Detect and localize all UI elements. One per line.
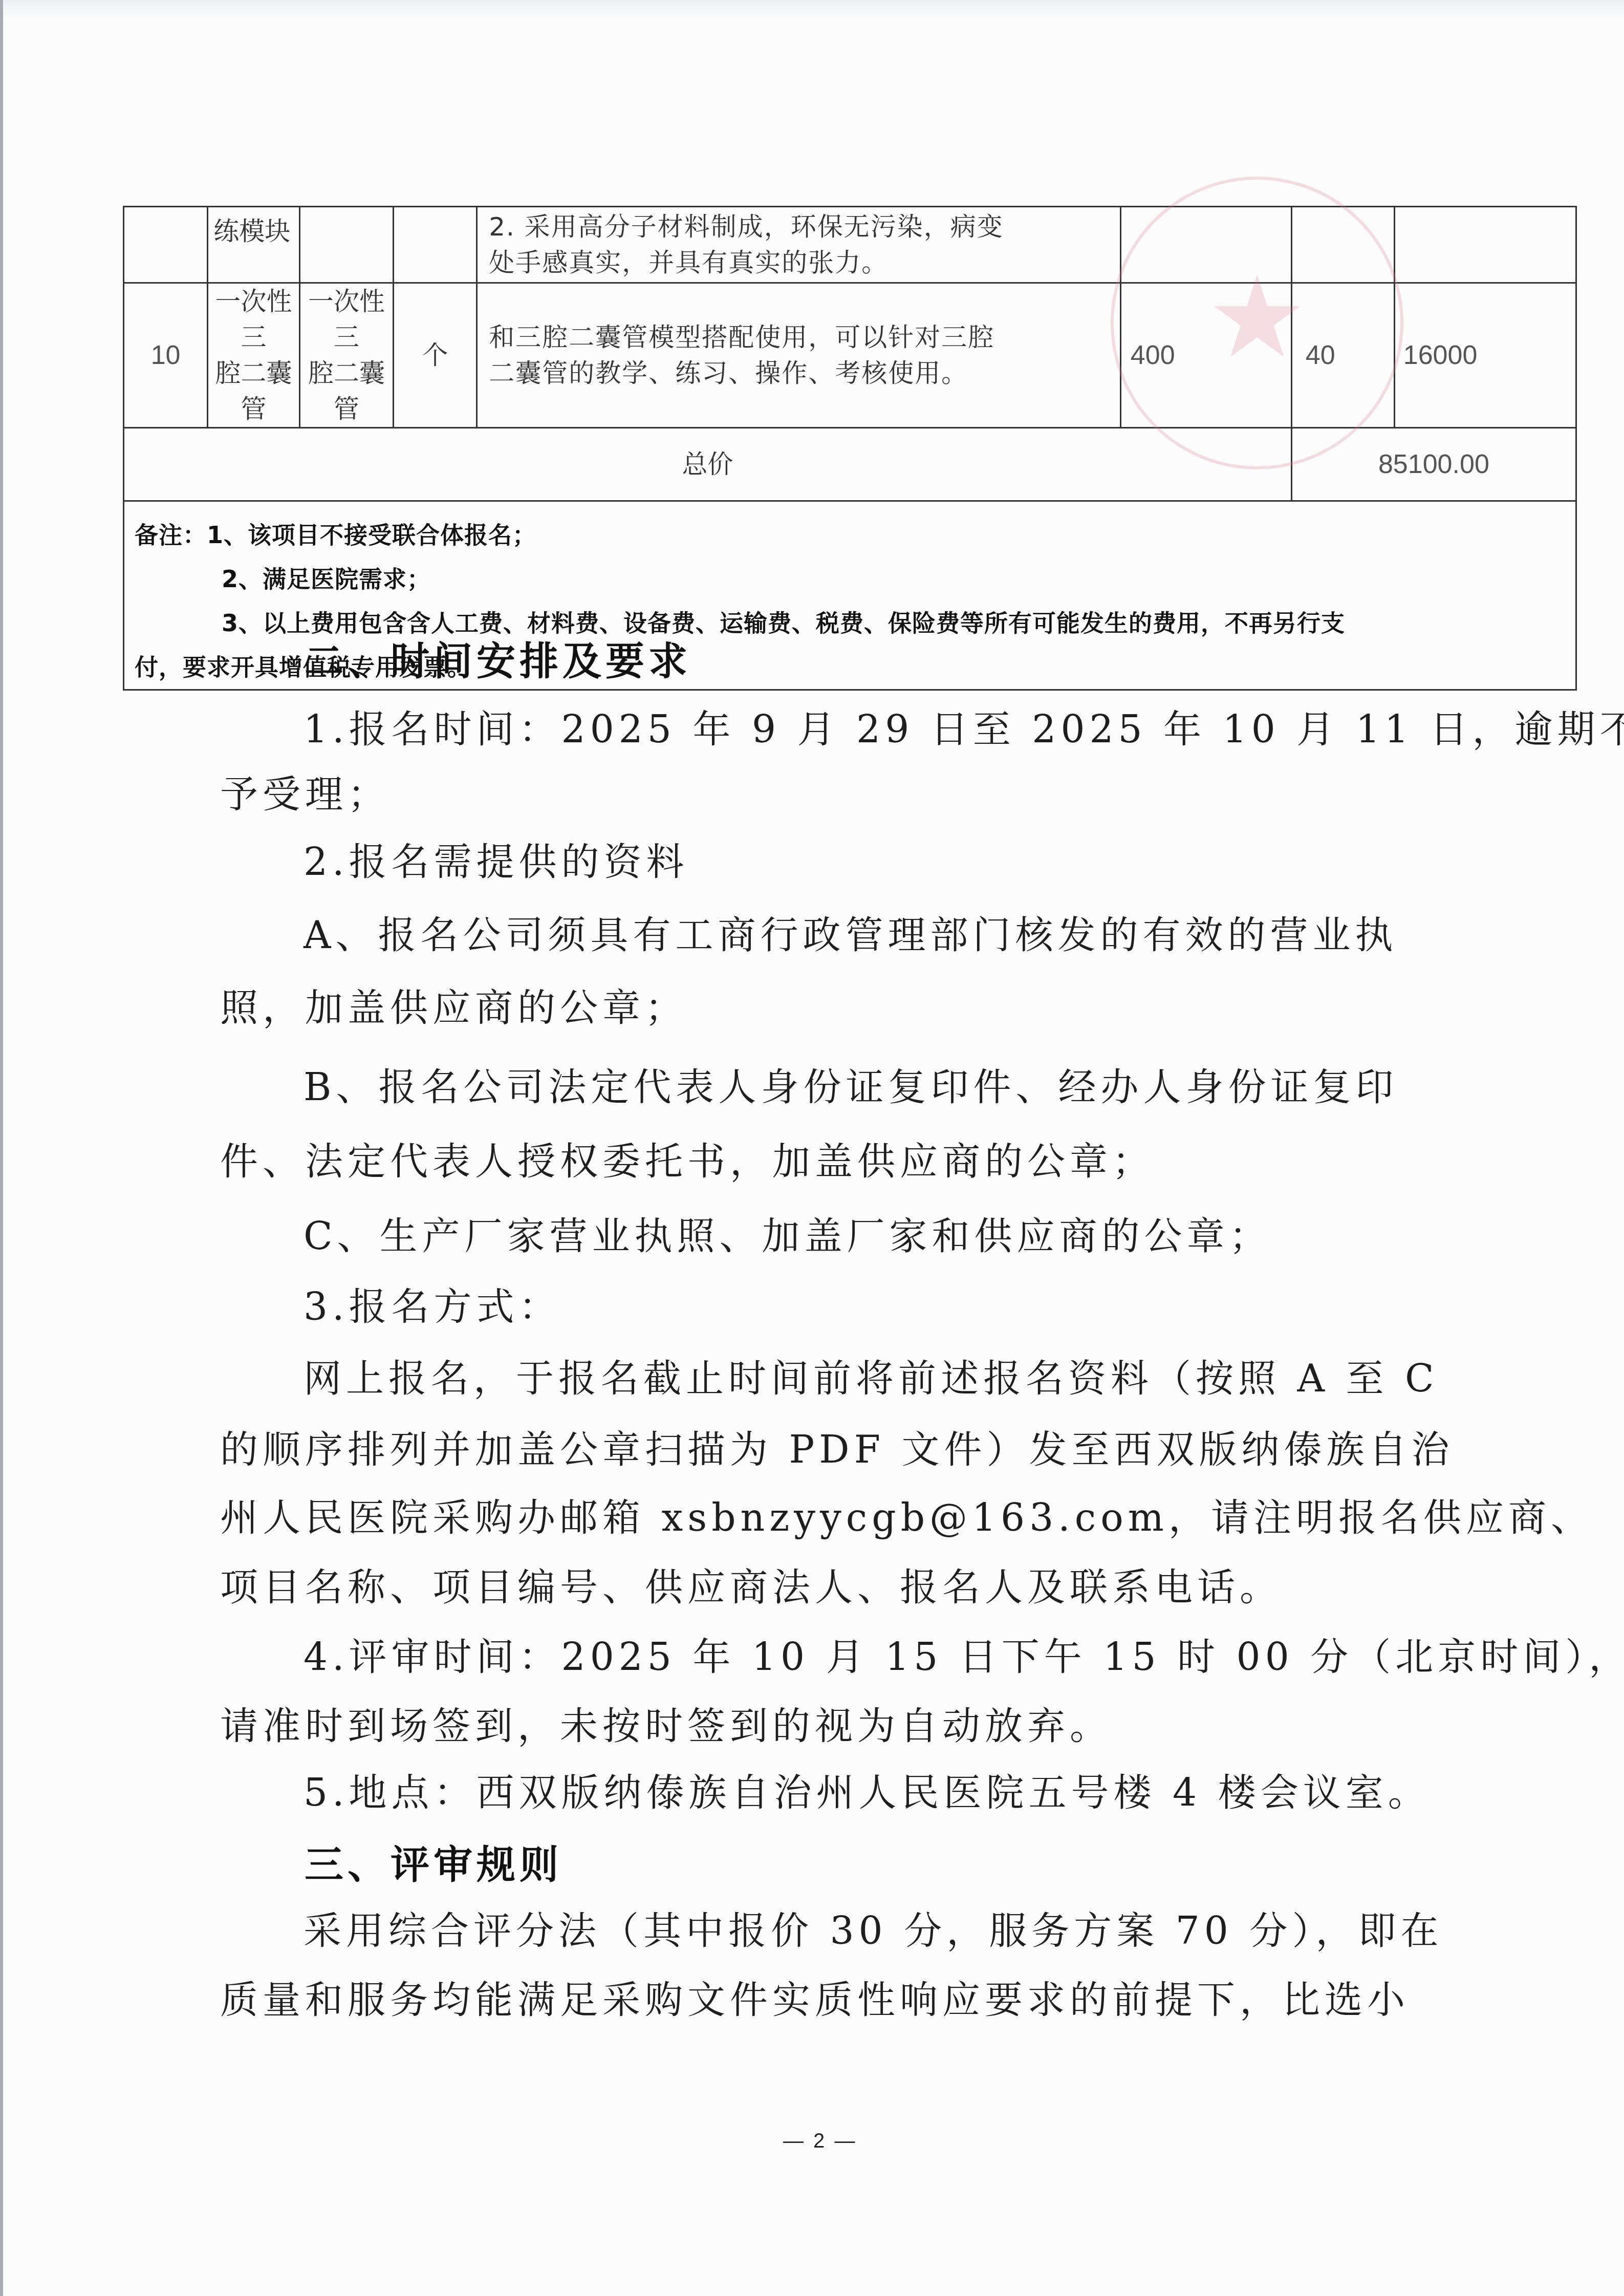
cell-name: 练模块 [208,207,300,283]
description-line: 二囊管的教学、练习、操作、考核使用。 [489,355,1115,391]
cell-name: 一次性三 腔二囊管 [208,283,300,428]
cell-index: 10 [124,283,208,428]
spec-line: 腔二囊管 [306,355,387,427]
note-2: 2、满足医院需求； [135,557,1561,601]
note-1: 备注：1、该项目不接受联合体报名； [135,513,1561,557]
cell-subtotal [1394,207,1576,283]
review-rules-line1: 采用综合评分法（其中报价 30 分，服务方案 70 分），即在 [220,1912,1552,1950]
description-line: 2. 采用高分子材料制成，环保无污染，病变 [489,209,1115,245]
description-line: 处手感真实，并具有真实的张力。 [489,245,1115,281]
review-time-line2: 请准时到场签到，未按时签到的视为自动放弃。 [220,1707,1469,1745]
item-a-line2: 照，加盖供应商的公章； [220,989,1469,1027]
total-row: 总价 85100.00 [124,428,1576,501]
signup-method-line4: 项目名称、项目编号、供应商法人、报名人及联系电话。 [220,1569,1469,1606]
review-time-line1: 4.评审时间：2025 年 10 月 15 日下午 15 时 00 分（北京时间… [220,1638,1552,1676]
item-b-line2: 件、法定代表人授权委托书，加盖供应商的公章； [220,1143,1469,1181]
spec-line: 一次性三 [306,284,387,355]
total-label: 总价 [124,428,1292,501]
description-line: 和三腔二囊管模型搭配使用，可以针对三腔 [489,319,1115,355]
cell-spec: 一次性三 腔二囊管 [299,283,393,428]
scan-left-edge [0,0,3,2296]
cell-index [124,207,208,283]
location: 5.地点：西双版纳傣族自治州人民医院五号楼 4 楼会议室。 [220,1774,1552,1812]
review-rules-line2: 质量和服务均能满足采购文件实质性响应要求的前提下，比选小 [220,1981,1469,2019]
page-number: — 2 — [783,2130,857,2153]
section-2-heading: 二、时间安排及要求 [305,642,691,681]
name-line: 腔二囊管 [213,355,294,427]
name-line: 一次性三 [213,284,294,355]
cell-spec [299,207,393,283]
table-row: 练模块 2. 采用高分子材料制成，环保无污染，病变 处手感真实，并具有真实的张力… [124,207,1576,283]
cell-unit [394,207,477,283]
scan-top-shadow [0,0,1624,20]
signup-time-line1: 1.报名时间：2025 年 9 月 29 日至 2025 年 10 月 11 日… [220,711,1552,748]
signup-method-heading: 3.报名方式： [220,1288,1552,1326]
section-3-heading: 三、评审规则 [305,1846,562,1884]
signup-method-line1: 网上报名，于报名截止时间前将前述报名资料（按照 A 至 C [220,1360,1552,1398]
item-c: C、生产厂家营业执照、加盖厂家和供应商的公章； [220,1217,1552,1255]
cell-unit-price: 400 [1120,283,1291,428]
cell-quantity: 40 [1291,283,1394,428]
item-a-line1: A、报名公司须具有工商行政管理部门核发的有效的营业执 [220,916,1552,954]
cell-quantity [1291,207,1394,283]
cell-description: 2. 采用高分子材料制成，环保无污染，病变 处手感真实，并具有真实的张力。 [477,207,1121,283]
item-b-line1: B、报名公司法定代表人身份证复印件、经办人身份证复印 [220,1068,1552,1106]
procurement-table: 练模块 2. 采用高分子材料制成，环保无污染，病变 处手感真实，并具有真实的张力… [123,206,1577,691]
signup-method-line2: 的顺序排列并加盖公章扫描为 PDF 文件）发至西双版纳傣族自治 [220,1431,1469,1469]
cell-subtotal: 16000 [1394,283,1576,428]
signup-method-line3: 州人民医院采购办邮箱 xsbnzyycgb@163.com，请注明报名供应商、 [220,1499,1469,1537]
signup-time-line2: 予受理； [220,776,1469,813]
cell-description: 和三腔二囊管模型搭配使用，可以针对三腔 二囊管的教学、练习、操作、考核使用。 [477,283,1121,428]
materials-heading: 2.报名需提供的资料 [220,843,1552,881]
notes-label: 备注： [135,521,207,549]
cell-unit-price [1120,207,1291,283]
total-value: 85100.00 [1291,428,1576,501]
table-row: 10 一次性三 腔二囊管 一次性三 腔二囊管 个 和三腔二囊管模型搭配使用，可以… [124,283,1576,428]
cell-unit: 个 [394,283,477,428]
